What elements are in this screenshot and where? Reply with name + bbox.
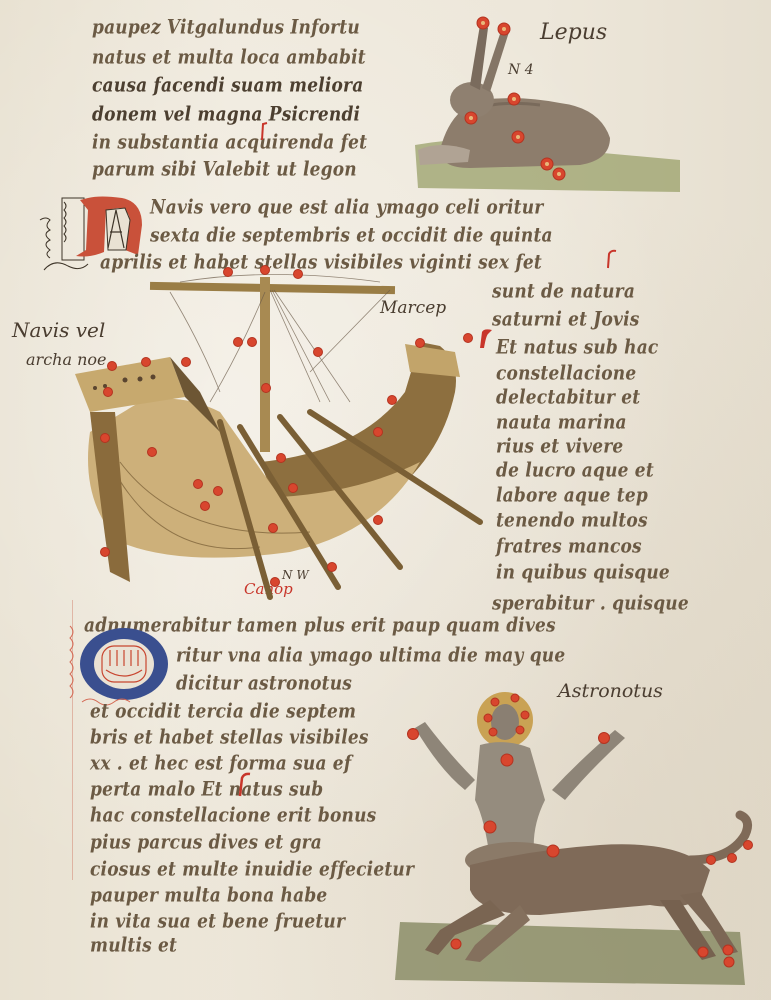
text-line: parum sibi Valebit ut legon — [92, 158, 357, 181]
text-line: ciosus et multe inuidie effecietur — [90, 858, 414, 881]
manuscript-page: paupez Vitgalundus Infortu natus et mult… — [0, 0, 771, 1000]
lepus-illustration — [410, 0, 690, 195]
text-line: Et natus sub hac — [496, 336, 658, 359]
text-line: bris et habet stellas visibiles — [90, 726, 369, 749]
text-line: dicitur astronotus — [176, 672, 352, 695]
text-line: hac constellacione erit bonus — [90, 804, 376, 827]
rubric-mark — [604, 248, 618, 270]
text-line: rius et vivere — [496, 435, 623, 458]
text-line: in quibus quisque — [496, 561, 670, 584]
text-line: et occidit tercia die septem — [90, 700, 356, 723]
rubric-mark — [476, 326, 496, 350]
text-line: labore aque tep — [496, 484, 648, 507]
rubric-mark — [234, 770, 252, 798]
text-line: in substantia acquirenda fet — [92, 131, 367, 154]
initial-o-decorated — [62, 620, 182, 710]
text-line: Navis vero que est alia ymago celi oritu… — [150, 196, 543, 219]
text-line: in vita sua et bene fruetur — [90, 910, 345, 933]
text-line: de lucro aque et — [496, 459, 654, 482]
text-line: nauta marina — [496, 411, 627, 434]
text-line: xx . et hec est forma sua ef — [90, 752, 351, 775]
text-line: constellacione — [496, 362, 636, 385]
navis-ship-illustration — [60, 262, 500, 592]
rubric-mark — [258, 120, 270, 142]
text-line: sexta die septembris et occidit die quin… — [150, 224, 553, 247]
text-line: pauper multa bona habe — [90, 884, 327, 907]
text-line: tenendo multos — [496, 509, 648, 532]
text-line: saturni et Jovis — [492, 308, 640, 331]
text-line: paupez Vitgalundus Infortu — [92, 16, 360, 39]
text-line: perta malo Et natus sub — [90, 778, 323, 801]
text-line: sunt de natura — [492, 280, 635, 303]
text-line: causa facendi suam meliora — [92, 74, 363, 97]
astronotus-centaur-illustration — [380, 660, 771, 1000]
text-line: fratres mancos — [496, 535, 642, 558]
text-line: sperabitur . quisque — [492, 592, 689, 615]
text-line: delectabitur et — [496, 386, 640, 409]
text-line: pius parcus dives et gra — [90, 831, 322, 854]
text-line: multis et — [90, 934, 177, 957]
text-line: donem vel magna Psicrendi — [92, 103, 360, 126]
text-line: natus et multa loca ambabit — [92, 46, 366, 69]
